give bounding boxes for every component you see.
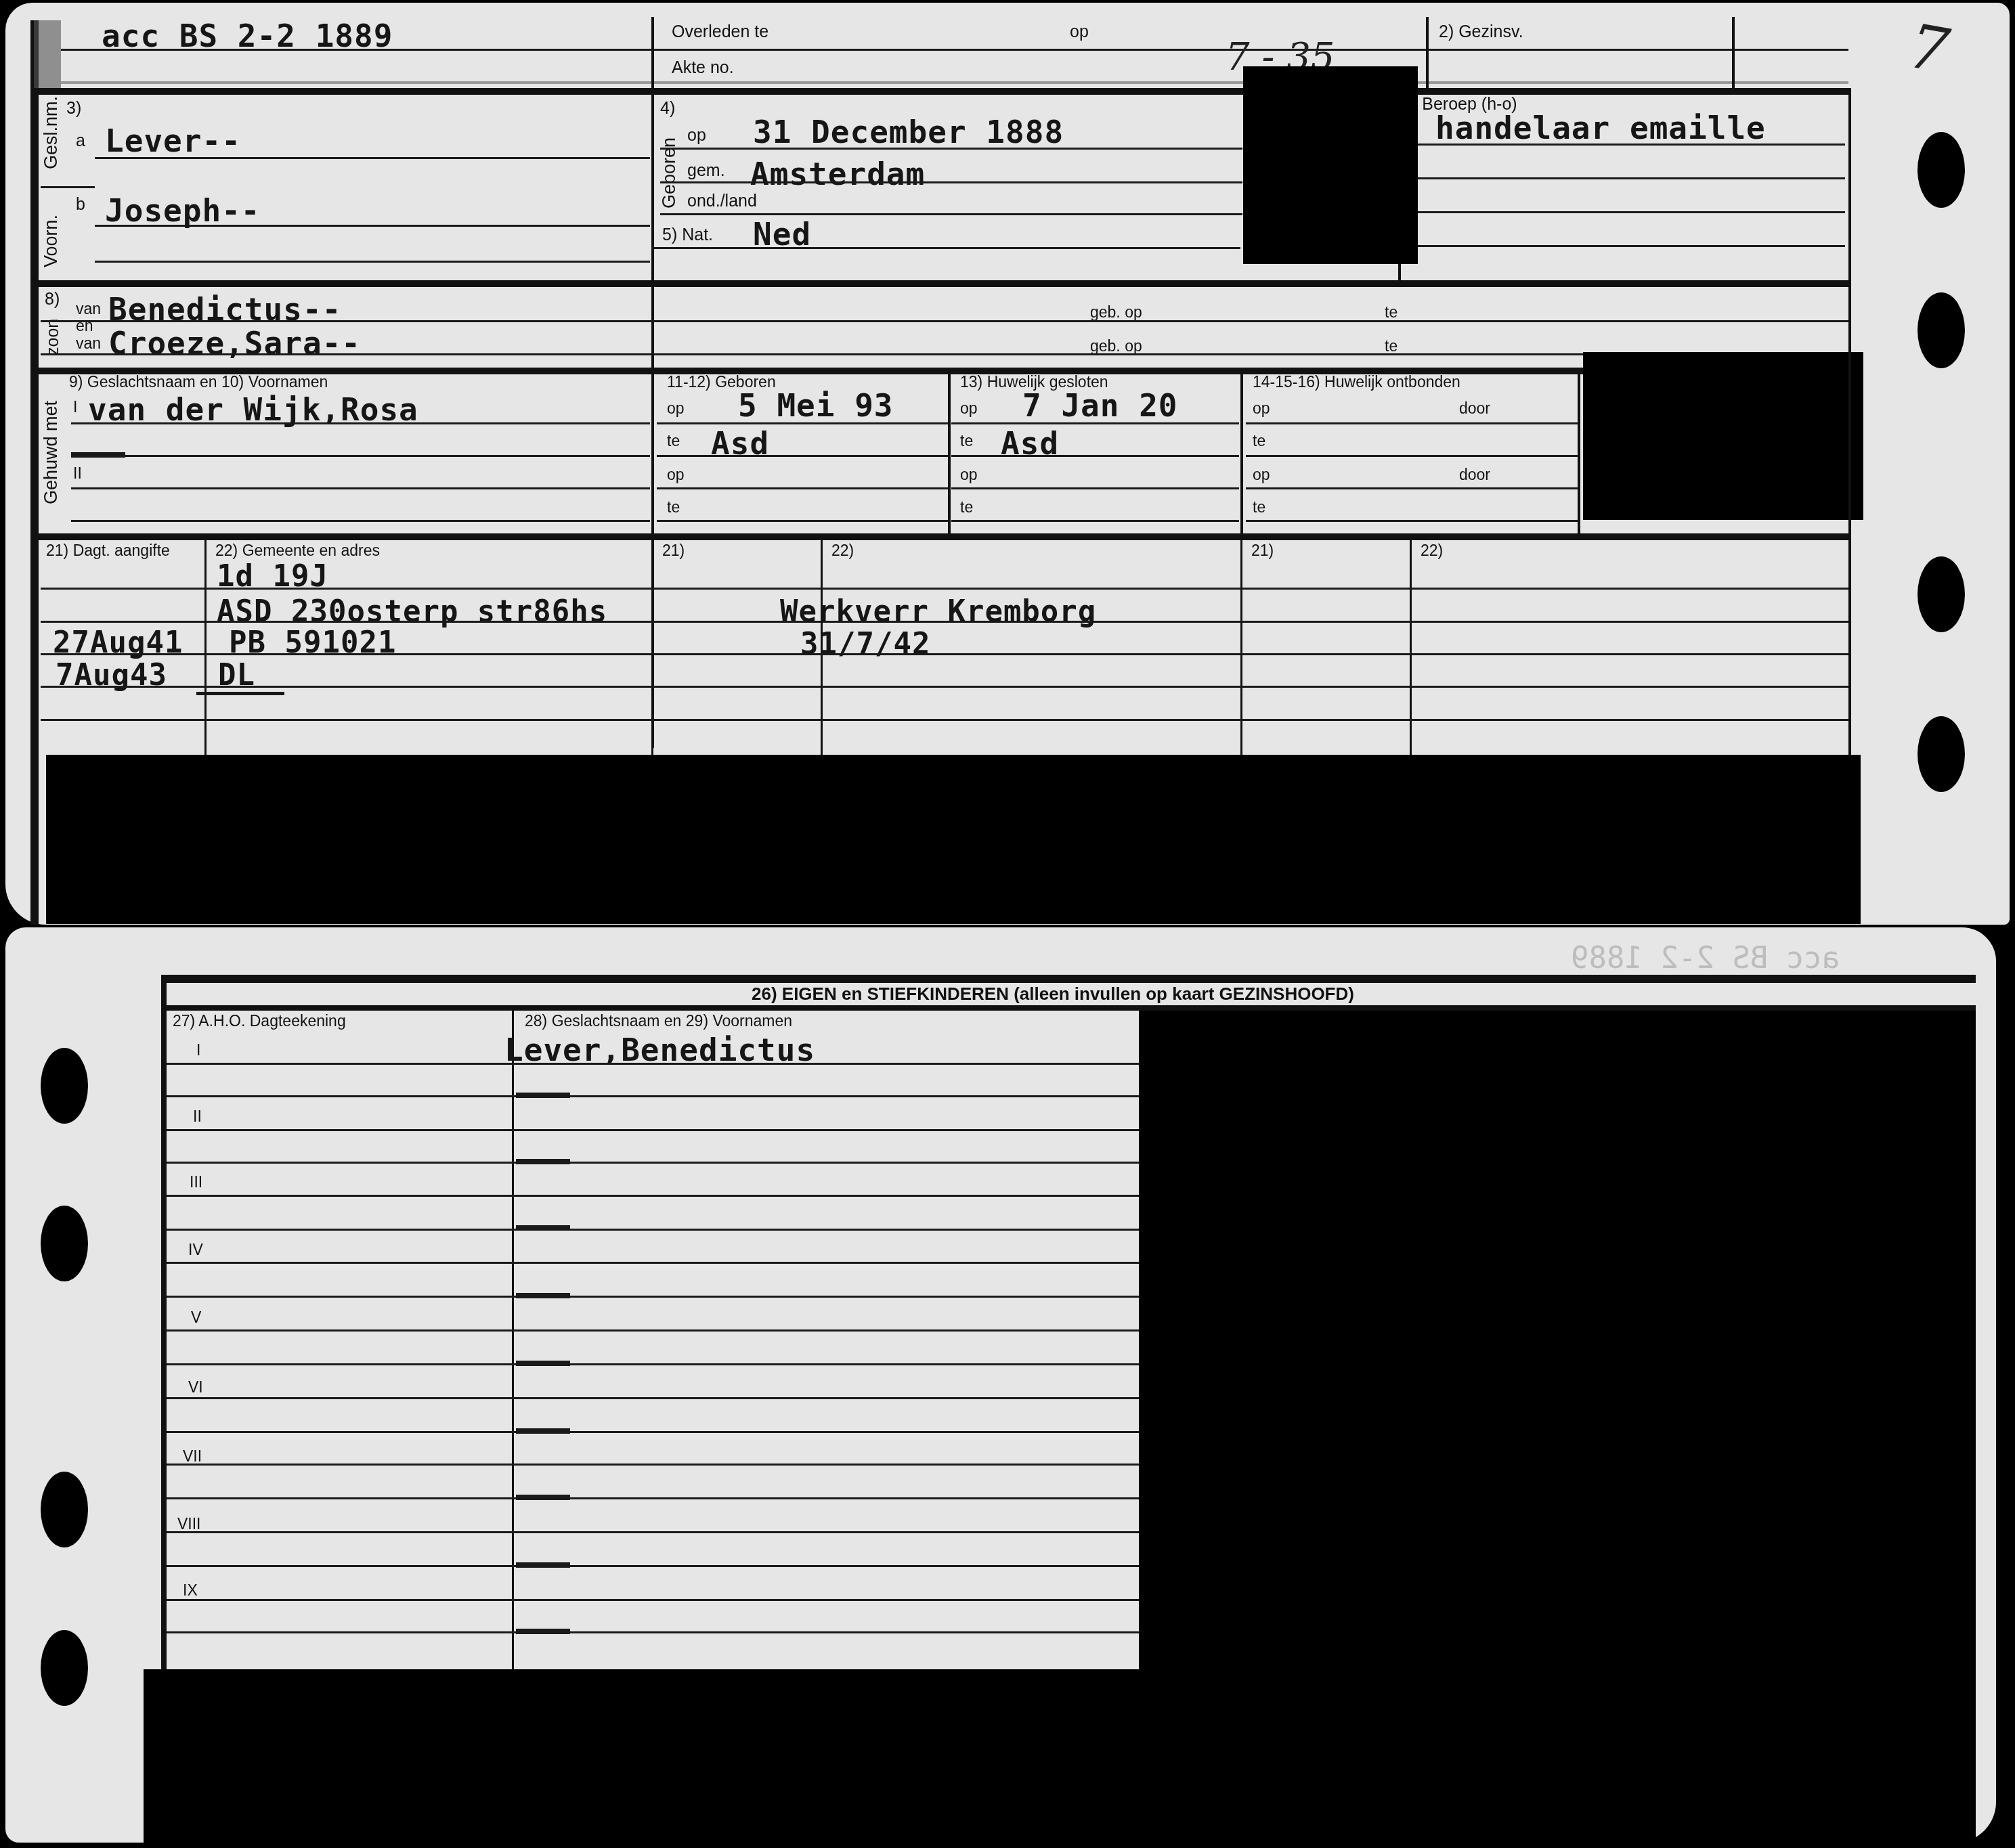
line (651, 247, 1240, 249)
line (1412, 245, 1845, 247)
line (167, 1599, 1142, 1601)
redaction-box (144, 1669, 1976, 1843)
line (41, 320, 1848, 322)
line (1246, 455, 1578, 457)
field-4-label: 4) (660, 100, 675, 117)
archive-ref: acc BS 2-2 1889 (102, 20, 393, 51)
nat-label: 5) Nat. (662, 227, 713, 244)
line (167, 1497, 1142, 1499)
line (660, 148, 1242, 150)
punch-hole (1917, 716, 1965, 792)
mirrored-archive-ref: acc BS 2-2 1889 (1571, 941, 1840, 975)
line (657, 487, 948, 489)
spouse-born-date: 5 Mei 93 (738, 390, 894, 421)
section-divider (161, 975, 1976, 983)
punch-hole (41, 1048, 88, 1124)
children-names-header: 28) Geslachtsnaam en 29) Voornamen (525, 1013, 792, 1029)
punch-hole (1917, 292, 1965, 368)
occupation-value: handelaar emaille (1435, 112, 1766, 144)
dissolved-op-label: op (1253, 401, 1270, 416)
child-row-numeral: III (190, 1174, 202, 1190)
section-divider (34, 88, 1848, 95)
child-row-numeral: VIII (177, 1516, 201, 1532)
married-te-label-2: te (960, 500, 973, 515)
father-te-label: te (1385, 305, 1397, 320)
overleden-op-label: op (1070, 24, 1089, 41)
line (657, 455, 948, 457)
section-title: 26) EIGEN en STIEFKINDEREN (alleen invul… (752, 985, 1354, 1003)
torn-corner (34, 20, 61, 88)
line (1412, 144, 1845, 146)
child-row-numeral: IX (183, 1583, 198, 1598)
row-II-label: II (73, 466, 82, 481)
married-op-label: op (960, 401, 978, 416)
line (41, 186, 95, 188)
line (167, 1296, 1142, 1298)
line (1412, 211, 1845, 213)
birth-municipality: Amsterdam (750, 158, 925, 190)
ond-land-label: ond./land (687, 193, 757, 210)
line-mark (516, 1495, 570, 1500)
section-divider (161, 1005, 1976, 1011)
spouse-name: van der Wijk,Rosa (88, 394, 418, 425)
mother-te-label: te (1385, 338, 1397, 354)
line (167, 1229, 1142, 1231)
section-divider (34, 280, 1848, 287)
line-mark (516, 1629, 570, 1634)
child-row-numeral: II (193, 1109, 202, 1124)
column-divider (1578, 368, 1580, 537)
column-divider (1426, 17, 1429, 91)
line (41, 686, 1848, 688)
line-mark (71, 452, 125, 458)
b-label: b (76, 196, 85, 213)
line (1246, 487, 1578, 489)
child-row-numeral: V (191, 1310, 201, 1325)
line (660, 213, 1242, 215)
line-mark (516, 1562, 570, 1568)
child-row-numeral: VI (188, 1380, 203, 1395)
line (167, 1565, 1142, 1567)
gesl-nm-label: Gesl.nm. (42, 96, 60, 169)
column-divider (651, 540, 653, 757)
line (41, 653, 1848, 655)
married-op-label-2: op (960, 467, 978, 483)
line (41, 719, 1848, 721)
child-row-numeral: I (196, 1042, 200, 1058)
line-mark (516, 1093, 570, 1098)
overleden-te-label: Overleden te (672, 24, 768, 41)
column-divider (1410, 540, 1412, 757)
zoon-label: zoon (45, 319, 62, 355)
line (951, 520, 1239, 522)
father-van-label: van (76, 301, 101, 317)
line (167, 1195, 1142, 1197)
line (41, 621, 1848, 623)
a-label: a (76, 133, 85, 150)
line (1246, 520, 1578, 522)
gem-label: gem. (687, 162, 725, 179)
line-mark (516, 1293, 570, 1298)
left-border (30, 20, 39, 925)
line-mark (516, 1159, 570, 1164)
dissolved-te-label-2: te (1253, 500, 1265, 515)
dissolved-op-label-2: op (1253, 467, 1270, 483)
punch-hole (41, 1472, 88, 1547)
nationality: Ned (753, 219, 811, 250)
column-divider (651, 368, 654, 537)
dissolved-door-label-2: door (1459, 467, 1490, 483)
child-name: Lever,Benedictus (504, 1034, 815, 1065)
spouse-born-te-label: te (667, 433, 680, 449)
line (167, 1262, 1142, 1264)
line (71, 455, 650, 457)
col5-header: 21) (1251, 543, 1274, 558)
line (167, 1397, 1142, 1399)
line (657, 520, 948, 522)
field-3-label: 3) (66, 100, 81, 117)
gezinsv-label: 2) Gezinsv. (1439, 24, 1523, 41)
child-row-numeral: VII (183, 1449, 202, 1464)
surname: Lever-- (105, 125, 241, 156)
line-mark (516, 1428, 570, 1434)
line-mark (516, 1225, 570, 1231)
line (95, 261, 650, 263)
column-divider (1240, 540, 1242, 757)
left-border (161, 975, 167, 1672)
line (71, 520, 650, 522)
aho-dagteekening-header: 27) A.H.O. Dagteekening (173, 1013, 346, 1029)
married-date: 7 Jan 20 (1022, 390, 1178, 421)
line (41, 353, 1848, 355)
divider (61, 49, 1848, 51)
gehuwd-met-label: Gehuwd met (42, 401, 60, 504)
line (167, 1464, 1142, 1466)
line (167, 1531, 1142, 1533)
line (167, 1063, 1142, 1065)
line (657, 422, 948, 424)
section-divider (34, 533, 1848, 540)
line (167, 1431, 1142, 1433)
married-te-label: te (960, 433, 973, 449)
column-divider (1732, 17, 1735, 91)
father-geb-op-label: geb. op (1090, 305, 1142, 320)
line (167, 1129, 1142, 1131)
column-divider (948, 368, 951, 537)
field-8-label: 8) (45, 291, 60, 308)
dagt-aangifte-header: 21) Dagt. aangifte (46, 543, 170, 558)
dissolved-door-label: door (1459, 401, 1490, 416)
mother-geb-op-label: geb. op (1090, 338, 1142, 354)
gemeente-adres-header: 22) Gemeente en adres (215, 543, 380, 558)
akte-no-label: Akte no. (672, 60, 734, 76)
col6-header: 22) (1421, 543, 1443, 558)
child-row-numeral: IV (188, 1242, 203, 1258)
divider (61, 81, 1848, 84)
punch-hole (1917, 556, 1965, 632)
mother-van-label: van (76, 336, 101, 351)
dissolved-te-label: te (1253, 433, 1265, 449)
born-op-label-2: op (667, 467, 685, 483)
line (167, 1095, 1142, 1097)
punch-hole (41, 1630, 88, 1706)
punch-hole (41, 1206, 88, 1281)
line (167, 1162, 1142, 1164)
line (1246, 422, 1578, 424)
line (41, 588, 1848, 590)
redaction-box (1243, 66, 1418, 264)
redaction-box (1139, 1011, 1976, 1671)
spouse-born-op-label: op (667, 401, 685, 416)
line (951, 455, 1239, 457)
line (71, 487, 650, 489)
first-names: Joseph-- (105, 195, 261, 226)
col4-header: 22) (831, 543, 854, 558)
voorn-label: Voorn. (42, 215, 60, 267)
row-I-label: I (73, 399, 77, 415)
redaction-box (46, 755, 1861, 924)
birth-date: 31 December 1888 (753, 116, 1064, 148)
line (167, 1363, 1142, 1365)
column-divider (1240, 368, 1243, 537)
col3-header: 21) (662, 543, 685, 558)
line (951, 422, 1239, 424)
line (660, 181, 1242, 183)
line (951, 487, 1239, 489)
column-divider (204, 540, 207, 757)
line-mark (516, 1361, 570, 1366)
born-te-label-2: te (667, 500, 680, 515)
birth-op-label: op (687, 127, 706, 144)
punch-hole (1917, 132, 1965, 208)
right-border (1848, 88, 1851, 758)
underline-mark (196, 692, 284, 695)
names-col-header: 9) Geslachtsnaam en 10) Voornamen (69, 374, 328, 390)
line (1412, 177, 1845, 179)
line (95, 225, 650, 227)
line (167, 1631, 1142, 1633)
redaction-box (1583, 352, 1863, 520)
line (95, 157, 650, 159)
column-divider (512, 1009, 514, 1672)
dissolved-col-header: 14-15-16) Huwelijk ontbonden (1253, 374, 1460, 390)
line (167, 1329, 1142, 1332)
line (71, 422, 650, 424)
